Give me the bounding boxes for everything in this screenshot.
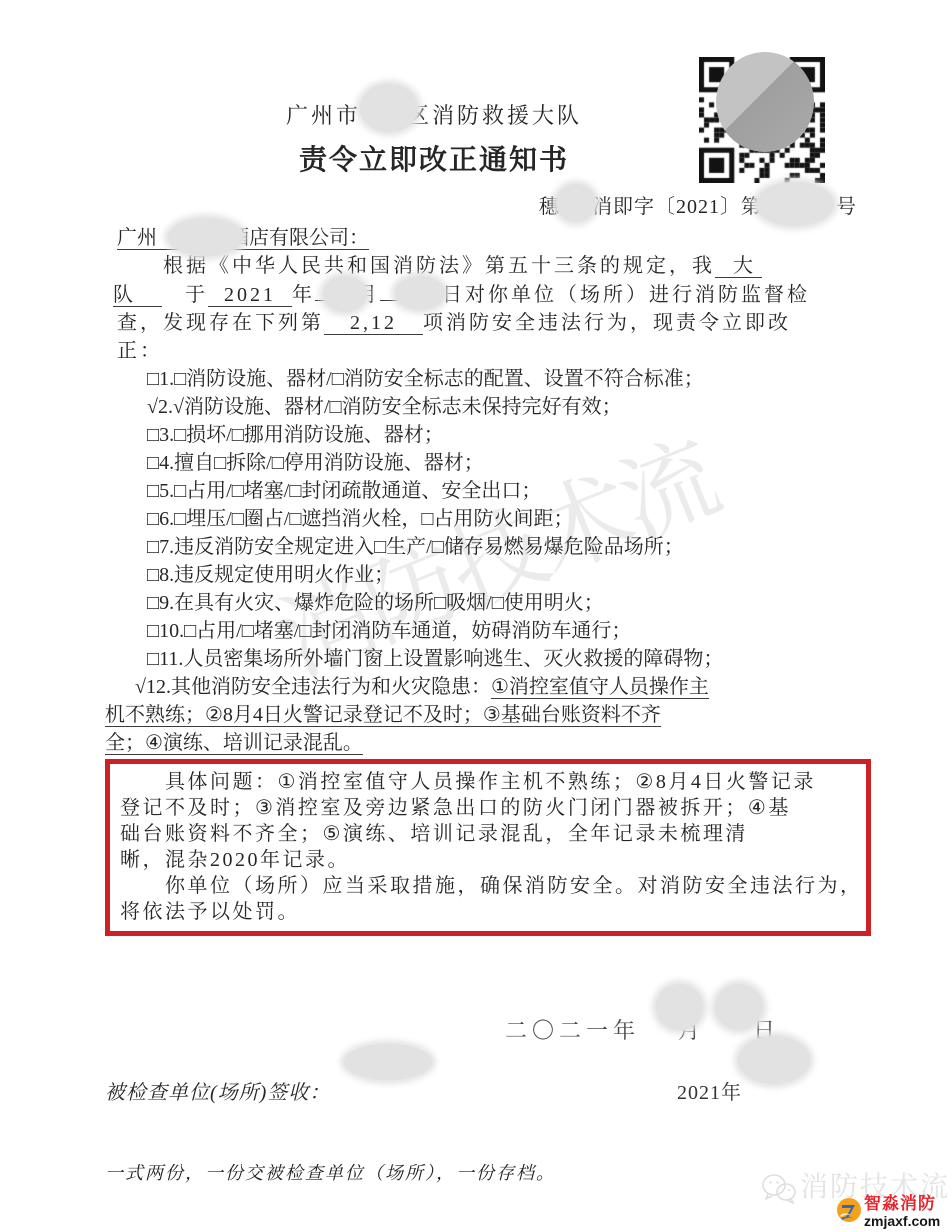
date-redaction-blur-1 (656, 984, 703, 1030)
intro-line-1: 根据《中华人民共和国消防法》第五十三条的规定，我大 (105, 252, 871, 280)
checklist-item-11: □11.人员密集场所外墙门窗上设置影响逃生、灭火救援的障碍物； (105, 645, 871, 673)
intro-line-2: 队 于2021年月日对你单位（场所）进行消防监督检 (105, 280, 871, 309)
checklist-item-3: □3.□损坏/□挪用消防设施、器材； (105, 421, 871, 449)
signature-redaction-blur (344, 1044, 432, 1080)
highlight-line: 将依法予以处罚。 (120, 899, 856, 925)
agency-redaction-blur (360, 84, 418, 132)
checklist-item-7: □7.违反消防安全规定进入□生产/□储存易燃易爆危险品场所； (105, 533, 871, 561)
brand-logo-icon (836, 1197, 862, 1223)
checklist-item-1: □1.□消防设施、器材/□消防安全标志的配置、设置不符合标准； (105, 365, 871, 393)
day-redaction-blur (395, 276, 445, 310)
highlight-box: 具体问题：①消控室值守人员操作主机不熟练；②8月4日火警记录 登记不及时；③消控… (105, 759, 871, 936)
signature-label: 被检查单位(场所)签收： (105, 1079, 330, 1107)
brand-site-url: zmjaxf.com (864, 1214, 940, 1228)
intro-line-3: 查，发现存在下列第2,12项消防安全违法行为，现责令立即改 (105, 309, 871, 337)
date-redaction-blur-2 (715, 984, 763, 1030)
brand-badge: 智淼消防 zmjaxf.com (836, 1195, 940, 1228)
highlight-line: 础台账资料不齐全；⑤演练、培训记录混乱，全年记录未梳理清 (120, 821, 856, 847)
signdate-redaction-blur (738, 1036, 810, 1084)
docno-redaction-blur-1 (556, 184, 596, 222)
checklist-item-12: √12.其他消防安全违法行为和火灾隐患：①消控室值守人员操作主 (105, 673, 871, 701)
checklist-item-5: □5.□占用/□堵塞/□封闭疏散通道、安全出口； (105, 477, 871, 505)
doc-number: 穗消即字〔2021〕第号 (0, 190, 857, 219)
highlight-line: 登记不及时；③消控室及旁边紧急出口的防火门闭门器被拆开；④基 (120, 795, 856, 821)
signature-row: 被检查单位(场所)签收： 2021年 (105, 1079, 871, 1107)
copies-note: 一式两份，一份交被检查单位（场所），一份存档。 (105, 1159, 871, 1187)
notice-document-page: 消防技术流 广州市区消防救援大队 责令立即改正通知书 穗消即字〔2021〕第号 … (0, 0, 952, 1232)
highlight-line: 具体问题：①消控室值守人员操作主机不熟练；②8月4日火警记录 (120, 769, 856, 795)
month-redaction-blur (323, 276, 367, 312)
intro-line-4: 正： (105, 337, 871, 365)
brand-name: 智淼消防 (864, 1195, 940, 1212)
checklist-item-8: □8.违反规定使用明火作业； (105, 561, 871, 589)
checklist-item-10: □10.□占用/□堵塞/□封闭消防车通道，妨碍消防车通行； (105, 617, 871, 645)
qr-redaction-blur (716, 52, 814, 152)
recipient-redaction-blur (168, 218, 244, 256)
checklist-item-2: √2.√消防设施、器材/□消防安全标志未保持完好有效； (105, 393, 871, 421)
highlight-line: 你单位（场所）应当采取措施，确保消防安全。对消防安全违法行为， (120, 873, 856, 899)
docno-redaction-blur-2 (756, 182, 834, 226)
wechat-icon (760, 1170, 798, 1208)
highlight-line: 晰，混杂2020年记录。 (120, 847, 856, 873)
checklist-item-4: □4.擅自□拆除/□停用消防设施、器材； (105, 449, 871, 477)
checklist-item-12-cont-2: 全；④演练、培训记录混乱。 (105, 729, 871, 757)
checklist-item-12-cont-1: 机不熟练；②8月4日火警记录登记不及时；③基础台账资料不齐 (105, 701, 871, 729)
checklist-item-6: □6.□埋压/□圈占/□遮挡消火栓，□占用防火间距； (105, 505, 871, 533)
signature-date: 2021年 (677, 1079, 742, 1107)
checklist-item-9: □9.在具有火灾、爆炸危险的场所□吸烟/□使用明火； (105, 589, 871, 617)
